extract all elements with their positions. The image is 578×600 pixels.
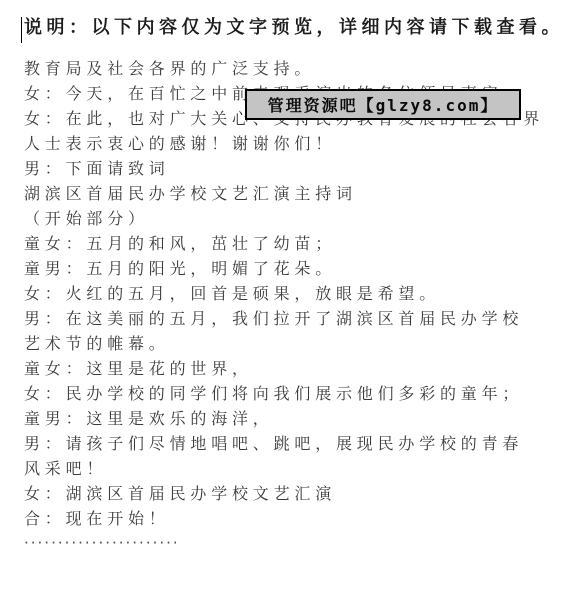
text-line: 男：下面请致词 xyxy=(24,156,572,181)
text-line: 艺术节的帷幕。 xyxy=(24,331,572,356)
text-line: 童男：五月的阳光，明媚了花朵。 xyxy=(24,256,572,281)
text-line: （开始部分） xyxy=(24,206,572,231)
text-line: 女：湖滨区首届民办学校文艺汇演 xyxy=(24,481,572,506)
document-preview-page: 说明：以下内容仅为文字预览，详细内容请下载查看。 教育局及社会各界的广泛支持。 … xyxy=(0,0,578,600)
text-line: 童男：这里是欢乐的海洋， xyxy=(24,406,572,431)
text-line: 女：民办学校的同学们将向我们展示他们多彩的童年； xyxy=(24,381,572,406)
text-line: 男：请孩子们尽情地唱吧、跳吧，展现民办学校的青春 xyxy=(24,431,572,456)
text-line: 合：现在开始！ xyxy=(24,506,572,531)
text-line: 女：火红的五月，回首是硕果，放眼是希望。 xyxy=(24,281,572,306)
preview-notice: 说明：以下内容仅为文字预览，详细内容请下载查看。 xyxy=(24,13,564,39)
text-line: 童女：五月的和风，茁壮了幼苗； xyxy=(24,231,572,256)
document-body: 教育局及社会各界的广泛支持。 女：今天，在百忙之中前来观看演出的各位领导嘉宾 女… xyxy=(24,56,572,556)
watermark-label: 管理资源吧【glzy8.com】 xyxy=(268,93,499,116)
text-line: 湖滨区首届民办学校文艺汇演主持词 xyxy=(24,181,572,206)
text-line: 教育局及社会各界的广泛支持。 xyxy=(24,56,572,81)
text-line: 男：在这美丽的五月，我们拉开了湖滨区首届民办学校 xyxy=(24,306,572,331)
text-line: 童女：这里是花的世界， xyxy=(24,356,572,381)
text-line: 风采吧！ xyxy=(24,456,572,481)
text-cursor xyxy=(21,17,22,43)
ellipsis-line: ······················· xyxy=(24,531,572,556)
text-line: 人士表示衷心的感谢！谢谢你们！ xyxy=(24,131,572,156)
watermark-badge: 管理资源吧【glzy8.com】 xyxy=(245,89,521,120)
